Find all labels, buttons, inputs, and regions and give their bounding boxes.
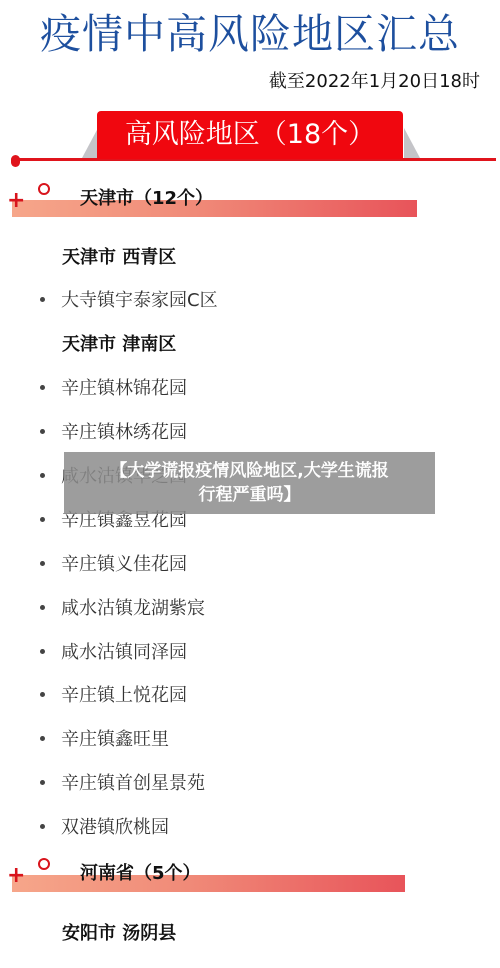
bullet-icon bbox=[40, 692, 45, 697]
district-heading: 天津市 西青区 bbox=[62, 245, 176, 271]
bullet-icon bbox=[40, 561, 45, 566]
list-item: 咸水沽镇同泽园 bbox=[40, 640, 187, 666]
list-item: 辛庄镇首创星景苑 bbox=[40, 771, 205, 797]
district-heading: 安阳市 汤阴县 bbox=[62, 921, 176, 947]
section-label: 天津市（12个） bbox=[80, 185, 213, 213]
bullet-icon bbox=[40, 473, 45, 478]
bullet-icon bbox=[40, 605, 45, 610]
caption-line-1: 【大学谎报疫情风险地区,大学生谎报 bbox=[64, 459, 435, 483]
list-item: 辛庄镇上悦花园 bbox=[40, 683, 187, 709]
bullet-icon bbox=[40, 780, 45, 785]
section-label: 河南省（5个） bbox=[80, 860, 201, 888]
bullet-icon bbox=[40, 649, 45, 654]
banner-dot-icon bbox=[11, 155, 20, 167]
as-of-timestamp: 截至2022年1月20日18时 bbox=[269, 70, 480, 94]
list-item: 辛庄镇义佳花园 bbox=[40, 552, 187, 578]
plus-icon: + bbox=[7, 190, 25, 212]
bullet-icon bbox=[40, 736, 45, 741]
bullet-icon bbox=[40, 429, 45, 434]
section-header-bar bbox=[12, 200, 417, 217]
list-item: 辛庄镇林锦花园 bbox=[40, 376, 187, 402]
section-header-bar bbox=[12, 875, 405, 892]
list-item: 咸水沽镇龙湖紫宸 bbox=[40, 596, 205, 622]
list-item: 辛庄镇林绣花园 bbox=[40, 420, 187, 446]
banner-fold-left-decoration bbox=[82, 128, 98, 158]
section-header-henan: + 河南省（5个） bbox=[0, 855, 500, 895]
caption-overlay: 【大学谎报疫情风险地区,大学生谎报 行程严重吗】 bbox=[64, 452, 435, 514]
circle-icon bbox=[38, 858, 50, 870]
district-heading: 天津市 津南区 bbox=[62, 332, 176, 358]
section-header-tianjin: + 天津市（12个） bbox=[0, 180, 500, 220]
list-item: 辛庄镇鑫旺里 bbox=[40, 727, 169, 753]
bullet-icon bbox=[40, 517, 45, 522]
bullet-icon bbox=[40, 385, 45, 390]
bullet-icon bbox=[40, 297, 45, 302]
list-item: 大寺镇宇泰家园C区 bbox=[40, 288, 218, 314]
list-item: 双港镇欣桃园 bbox=[40, 815, 169, 841]
banner-label: 高风险地区（18个） bbox=[97, 111, 403, 159]
bullet-icon bbox=[40, 824, 45, 829]
page-title: 疫情中高风险地区汇总 bbox=[0, 6, 500, 62]
plus-icon: + bbox=[7, 865, 25, 887]
circle-icon bbox=[38, 183, 50, 195]
banner-fold-right-decoration bbox=[404, 128, 420, 158]
caption-line-2: 行程严重吗】 bbox=[64, 483, 435, 507]
